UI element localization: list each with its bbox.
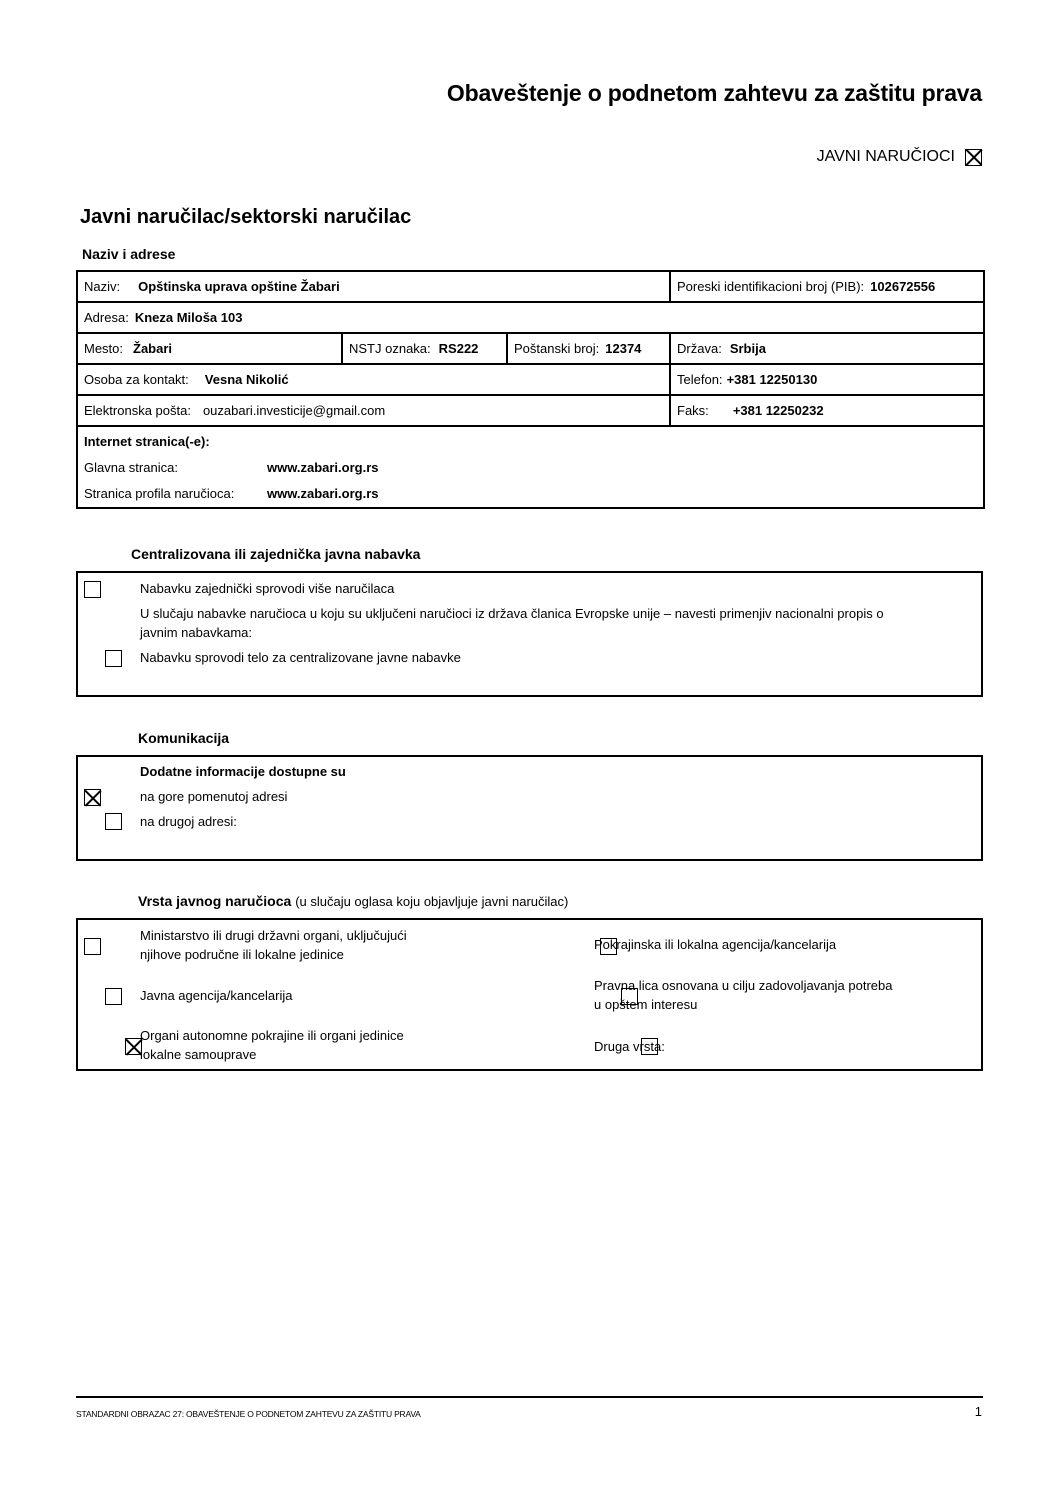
- telefon-cell: Telefon:+381 12250130: [670, 364, 984, 395]
- table-row: Osoba za kontakt:Vesna Nikolić Telefon:+…: [77, 364, 984, 395]
- naziv-label: Naziv:: [84, 279, 120, 294]
- druga-adresa-checkbox[interactable]: [105, 813, 122, 830]
- ministarstvo-label-1: Ministarstvo ili drugi državni organi, u…: [140, 928, 407, 943]
- komunikacija-intro: Dodatne informacije dostupne su: [140, 764, 346, 779]
- email-cell: Elektronska pošta:ouzabari.investicije@g…: [77, 395, 670, 426]
- glavna-label: Glavna stranica:: [84, 455, 267, 481]
- footer-text: STANDARDNI OBRAZAC 27: OBAVEŠTENJE O POD…: [76, 1409, 421, 1419]
- vrsta-title-note: (u slučaju oglasa koju objavljuje javni …: [295, 894, 568, 909]
- footer-divider: [76, 1396, 983, 1398]
- zajednicka-label: Nabavku zajednički sprovodi više naručil…: [140, 581, 394, 596]
- drzava-value: Srbija: [730, 341, 766, 356]
- drzava-label: Država:: [677, 341, 722, 356]
- section-title: Javni naručilac/sektorski naručilac: [80, 206, 411, 229]
- document-title: Obaveštenje o podnetom zahtevu za zaštit…: [447, 80, 982, 107]
- druga-vrsta-label: Druga vrsta:: [594, 1039, 665, 1054]
- centralizovana-checkbox[interactable]: [105, 650, 122, 667]
- pib-value: 102672556: [870, 279, 935, 294]
- eu-note-line2: javnim nabavkama:: [140, 625, 252, 640]
- table-row: Elektronska pošta:ouzabari.investicije@g…: [77, 395, 984, 426]
- faks-label: Faks:: [677, 403, 709, 418]
- gore-adresa-checkbox[interactable]: [84, 789, 101, 806]
- centralizovana-box: Nabavku zajednički sprovodi više naručil…: [76, 571, 983, 697]
- drzava-cell: Država:Srbija: [670, 333, 984, 364]
- ministarstvo-label-2: njihove područne ili lokalne jedinice: [140, 947, 344, 962]
- pib-label: Poreski identifikacioni broj (PIB):: [677, 279, 864, 294]
- eu-note-line1: U slučaju nabavke naručioca u koju su uk…: [140, 606, 884, 621]
- nstj-cell: NSTJ oznaka:RS222: [342, 333, 507, 364]
- vrsta-box: Ministarstvo ili drugi državni organi, u…: [76, 918, 983, 1071]
- organi-autonomne-label-1: Organi autonomne pokrajine ili organi je…: [140, 1028, 404, 1043]
- druga-adresa-label: na drugoj adresi:: [140, 814, 237, 829]
- ministarstvo-checkbox[interactable]: [84, 938, 101, 955]
- adresa-cell: Adresa:Kneza Miloša 103: [77, 302, 984, 333]
- table-row: Internet stranica(-e): Glavna stranica:w…: [77, 426, 984, 508]
- centralizovana-title: Centralizovana ili zajednička javna naba…: [131, 546, 420, 562]
- profil-label: Stranica profila naručioca:: [84, 481, 267, 507]
- mesto-value: Žabari: [133, 341, 172, 356]
- vrsta-title: Vrsta javnog naručioca: [138, 893, 291, 909]
- nstj-label: NSTJ oznaka:: [349, 341, 431, 356]
- centralizovana-label: Nabavku sprovodi telo za centralizovane …: [140, 650, 461, 665]
- glavna-row: Glavna stranica:www.zabari.org.rs: [84, 455, 977, 481]
- naziv-cell: Naziv:Opštinska uprava opštine Žabari: [77, 271, 670, 302]
- komunikacija-title: Komunikacija: [138, 730, 229, 746]
- kontakt-value: Vesna Nikolić: [205, 372, 289, 387]
- postanski-label: Poštanski broj:: [514, 341, 599, 356]
- contracting-authority-table: Naziv:Opštinska uprava opštine Žabari Po…: [76, 270, 985, 509]
- telefon-value: +381 12250130: [727, 372, 818, 387]
- mesto-cell: Mesto:Žabari: [77, 333, 342, 364]
- zajednicka-checkbox[interactable]: [84, 581, 101, 598]
- pravna-lica-label-1: Pravna lica osnovana u cilju zadovoljava…: [594, 978, 892, 993]
- pokrajinska-agencija-label: Pokrajinska ili lokalna agencija/kancela…: [594, 937, 836, 952]
- internet-cell: Internet stranica(-e): Glavna stranica:w…: [77, 426, 984, 508]
- javna-agencija-checkbox[interactable]: [105, 988, 122, 1005]
- gore-adresa-label: na gore pomenutoj adresi: [140, 789, 287, 804]
- postanski-value: 12374: [605, 341, 641, 356]
- kontakt-cell: Osoba za kontakt:Vesna Nikolić: [77, 364, 670, 395]
- nstj-value: RS222: [439, 341, 479, 356]
- email-label: Elektronska pošta:: [84, 403, 191, 418]
- javni-naruciioci-row: JAVNI NARUČIOCI: [817, 148, 982, 166]
- glavna-value[interactable]: www.zabari.org.rs: [267, 460, 379, 475]
- table-row: Adresa:Kneza Miloša 103: [77, 302, 984, 333]
- postanski-cell: Poštanski broj:12374: [507, 333, 670, 364]
- naziv-value: Opštinska uprava opštine Žabari: [138, 279, 340, 294]
- page-number: 1: [975, 1404, 982, 1419]
- telefon-label: Telefon:: [677, 372, 723, 387]
- organi-autonomne-label-2: lokalne samouprave: [140, 1047, 256, 1062]
- mesto-label: Mesto:: [84, 341, 123, 356]
- vrsta-title-row: Vrsta javnog naručioca (u slučaju oglasa…: [138, 893, 568, 909]
- pravna-lica-label-2: u opštem interesu: [594, 997, 697, 1012]
- profil-row: Stranica profila naručioca:www.zabari.or…: [84, 481, 977, 507]
- profil-value[interactable]: www.zabari.org.rs: [267, 486, 379, 501]
- faks-cell: Faks:+381 12250232: [670, 395, 984, 426]
- section-subtitle: Naziv i adrese: [82, 246, 175, 262]
- table-row: Mesto:Žabari NSTJ oznaka:RS222 Poštanski…: [77, 333, 984, 364]
- javni-naruciioci-checkbox[interactable]: [965, 149, 982, 166]
- email-value[interactable]: ouzabari.investicije@gmail.com: [203, 403, 385, 418]
- table-row: Naziv:Opštinska uprava opštine Žabari Po…: [77, 271, 984, 302]
- pib-cell: Poreski identifikacioni broj (PIB):10267…: [670, 271, 984, 302]
- javna-agencija-label: Javna agencija/kancelarija: [140, 988, 292, 1003]
- javni-naruciioci-label: JAVNI NARUČIOCI: [817, 148, 955, 166]
- internet-label: Internet stranica(-e):: [84, 429, 977, 455]
- adresa-label: Adresa:: [84, 310, 129, 325]
- kontakt-label: Osoba za kontakt:: [84, 372, 189, 387]
- adresa-value: Kneza Miloša 103: [135, 310, 243, 325]
- komunikacija-box: Dodatne informacije dostupne su na gore …: [76, 755, 983, 861]
- faks-value: +381 12250232: [733, 403, 824, 418]
